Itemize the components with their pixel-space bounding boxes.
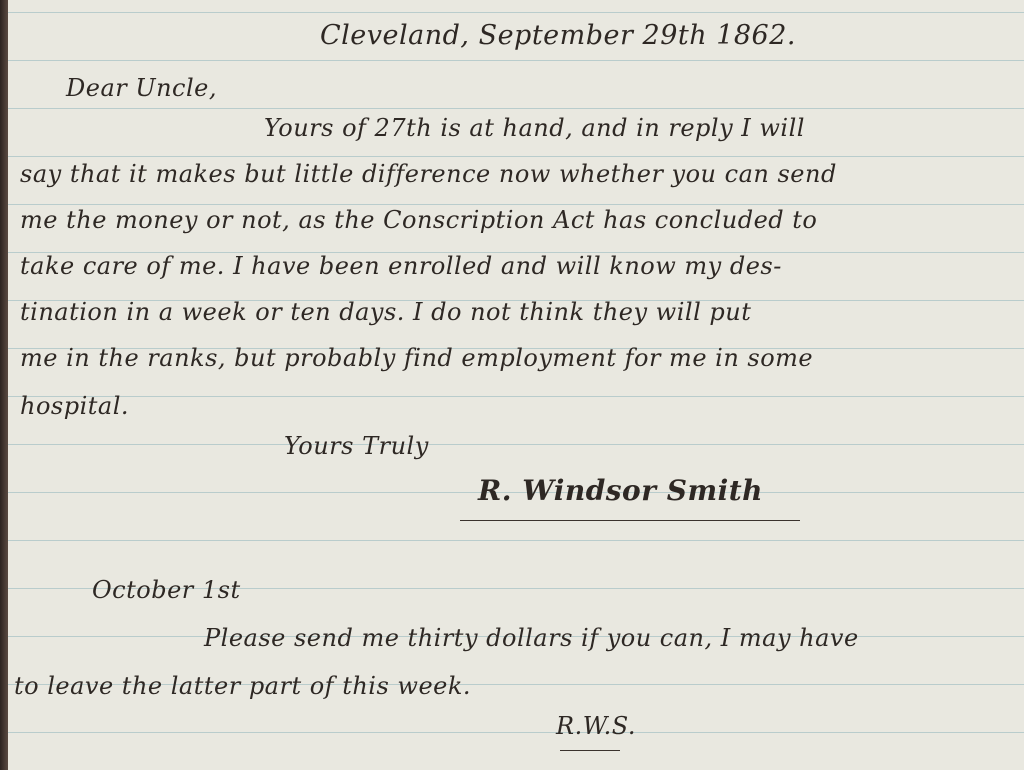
signature-flourish [460,520,800,521]
body-line-6: me in the ranks, but probably find emplo… [20,344,813,372]
body-line-1: Yours of 27th is at hand, and in reply I… [264,114,805,142]
body-line-3: me the money or not, as the Conscription… [20,206,817,234]
letter-signature: R. Windsor Smith [478,474,763,507]
postscript-initials: R.W.S. [556,712,636,740]
body-line-7: hospital. [20,392,129,420]
initials-flourish [560,750,620,751]
letter-salutation: Dear Uncle, [66,74,217,102]
postscript-line-1: Please send me thirty dollars if you can… [204,624,859,652]
letter-closing: Yours Truly [284,432,429,460]
postscript-line-2: to leave the latter part of this week. [14,672,471,700]
page-edge-shadow [0,0,8,770]
postscript-date: October 1st [92,576,241,604]
body-line-4: take care of me. I have been enrolled an… [20,252,782,280]
body-line-5: tination in a week or ten days. I do not… [20,298,751,326]
body-line-2: say that it makes but little difference … [20,160,837,188]
letter-place-date: Cleveland, September 29th 1862. [320,20,796,51]
letter-page: Cleveland, September 29th 1862. Dear Unc… [8,0,1024,770]
